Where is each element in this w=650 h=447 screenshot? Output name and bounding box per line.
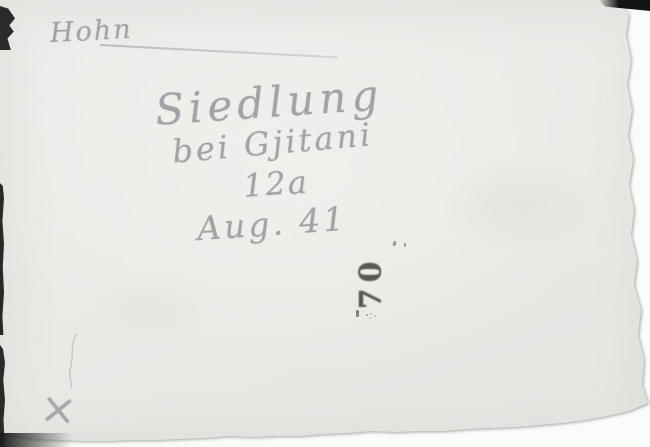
paper-shadow-wrap: Hohn Siedlung bei Gjitani 12a Aug. 41 70… bbox=[0, 0, 650, 447]
ink-stamp: 70 bbox=[343, 253, 399, 311]
photo-back-scan: Hohn Siedlung bei Gjitani 12a Aug. 41 70… bbox=[0, 0, 650, 447]
ink-speck-cluster bbox=[366, 314, 368, 316]
handwriting-caption-line3: 12a bbox=[242, 163, 310, 205]
ink-speck bbox=[404, 243, 406, 247]
photo-paper: Hohn Siedlung bei Gjitani 12a Aug. 41 70… bbox=[0, 0, 650, 447]
ink-speck bbox=[356, 310, 359, 317]
ink-speck bbox=[392, 241, 397, 247]
handwriting-owner-name: Hohn bbox=[49, 14, 133, 49]
handwriting-caption-line4: Aug. 41 bbox=[196, 199, 349, 248]
pencil-stroke bbox=[62, 332, 84, 390]
scanner-edge-artifact-bottom-left bbox=[0, 433, 85, 447]
stamp-number: 70 bbox=[354, 255, 389, 309]
pencil-underline bbox=[100, 44, 338, 58]
pencil-x-mark: × bbox=[37, 382, 79, 437]
